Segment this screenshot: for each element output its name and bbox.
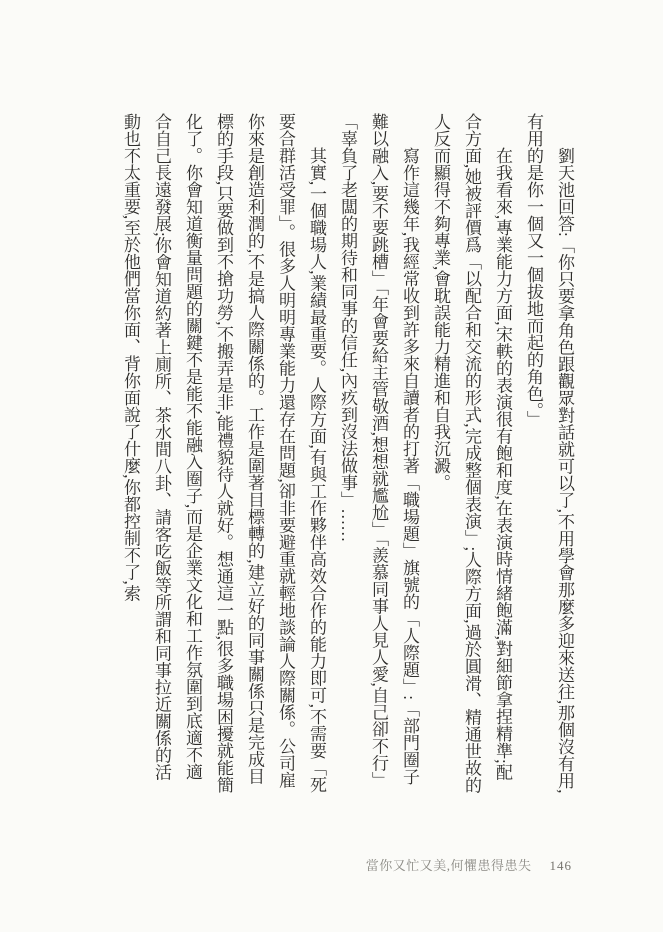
body-text: 劉天池回答:「你只要拿角色跟觀眾對話就可以了,不用學會那麼多迎來送往,那個沒有用… xyxy=(112,113,580,795)
body-paragraph: 劉天池回答:「你只要拿角色跟觀眾對話就可以了,不用學會那麼多迎來送往,那個沒有用… xyxy=(518,113,580,795)
body-paragraph: 在我看來,專業能力方面,宋軼的表演很有飽和度,在表演時情緒飽滿,對細節拿捏精準;… xyxy=(425,113,518,795)
running-title: 當你又忙又美,何懼患得患失 xyxy=(366,855,532,874)
page-footer: 當你又忙又美,何懼患得患失 146 xyxy=(366,855,572,874)
body-paragraph: 寫作這幾年,我經常收到許多來自讀者的打著「職場題」旗號的「人際題」:「部門圈子難… xyxy=(332,113,425,795)
book-page: 劉天池回答:「你只要拿角色跟觀眾對話就可以了,不用學會那麼多迎來送往,那個沒有用… xyxy=(0,0,663,932)
body-paragraph: 其實,一個職場人,業績最重要。人際方面,有與工作夥伴高效合作的能力即可,不需要「… xyxy=(115,113,332,795)
page-number: 146 xyxy=(550,858,573,874)
